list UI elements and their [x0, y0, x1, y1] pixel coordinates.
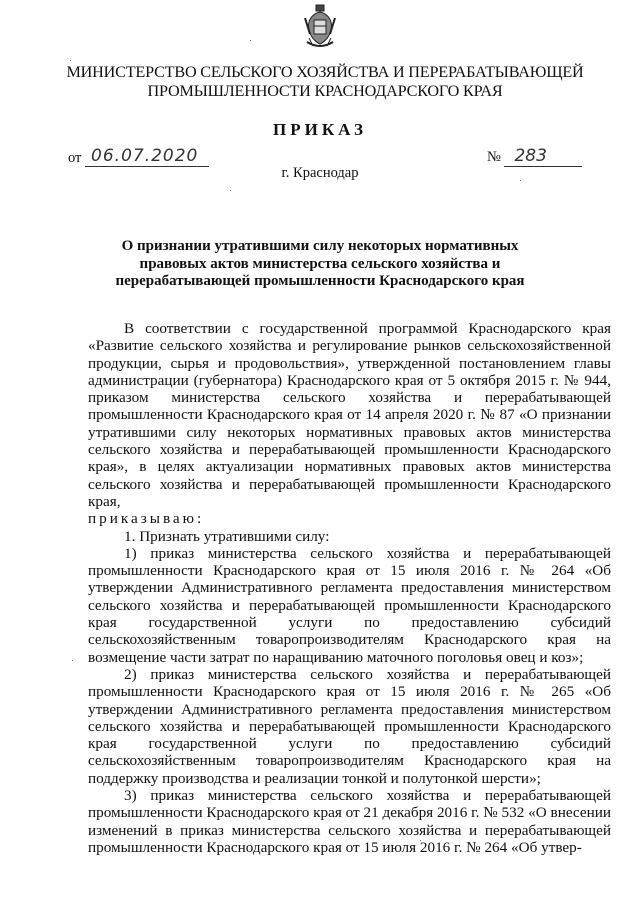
handwritten-date: 06.07.2020	[85, 146, 209, 167]
title-line-1: О признании утратившими силу некоторых н…	[90, 238, 550, 256]
preamble-paragraph: В соответствии с государственной програм…	[88, 320, 611, 510]
list-item-2: 2) приказ министерства сельского хозяйст…	[88, 666, 611, 787]
scan-speck	[520, 180, 521, 181]
title-line-3: перерабатывающей промышленности Краснода…	[90, 273, 550, 291]
ministry-line-1: МИНИСТЕРСТВО СЕЛЬСКОГО ХОЗЯЙСТВА И ПЕРЕР…	[60, 63, 590, 82]
scan-speck	[250, 40, 251, 41]
number-label: №	[487, 149, 501, 165]
scan-speck	[70, 60, 71, 61]
ministry-line-2: ПРОМЫШЛЕННОСТИ КРАСНОДАРСКОГО КРАЯ	[60, 82, 590, 101]
city: г. Краснодар	[0, 165, 640, 182]
list-item-1: 1) приказ министерства сельского хозяйст…	[88, 545, 611, 666]
order-date: от 06.07.2020	[68, 146, 209, 167]
scan-speck	[72, 660, 73, 661]
handwritten-number: 283	[504, 146, 582, 167]
scan-speck	[420, 840, 421, 841]
point-1: 1. Признать утратившими силу:	[88, 528, 611, 545]
order-number: № 283	[487, 146, 582, 167]
list-item-3: 3) приказ министерства сельского хозяйст…	[88, 787, 611, 856]
scan-speck	[230, 190, 231, 191]
coat-of-arms-icon	[303, 4, 337, 50]
document-type: ПРИКАЗ	[0, 120, 640, 140]
title-line-2: правовых актов министерства сельского хо…	[90, 256, 550, 274]
order-word: приказываю:	[88, 510, 611, 527]
ministry-name: МИНИСТЕРСТВО СЕЛЬСКОГО ХОЗЯЙСТВА И ПЕРЕР…	[60, 63, 590, 101]
document-title: О признании утратившими силу некоторых н…	[90, 238, 550, 291]
document-body: В соответствии с государственной програм…	[88, 320, 611, 856]
